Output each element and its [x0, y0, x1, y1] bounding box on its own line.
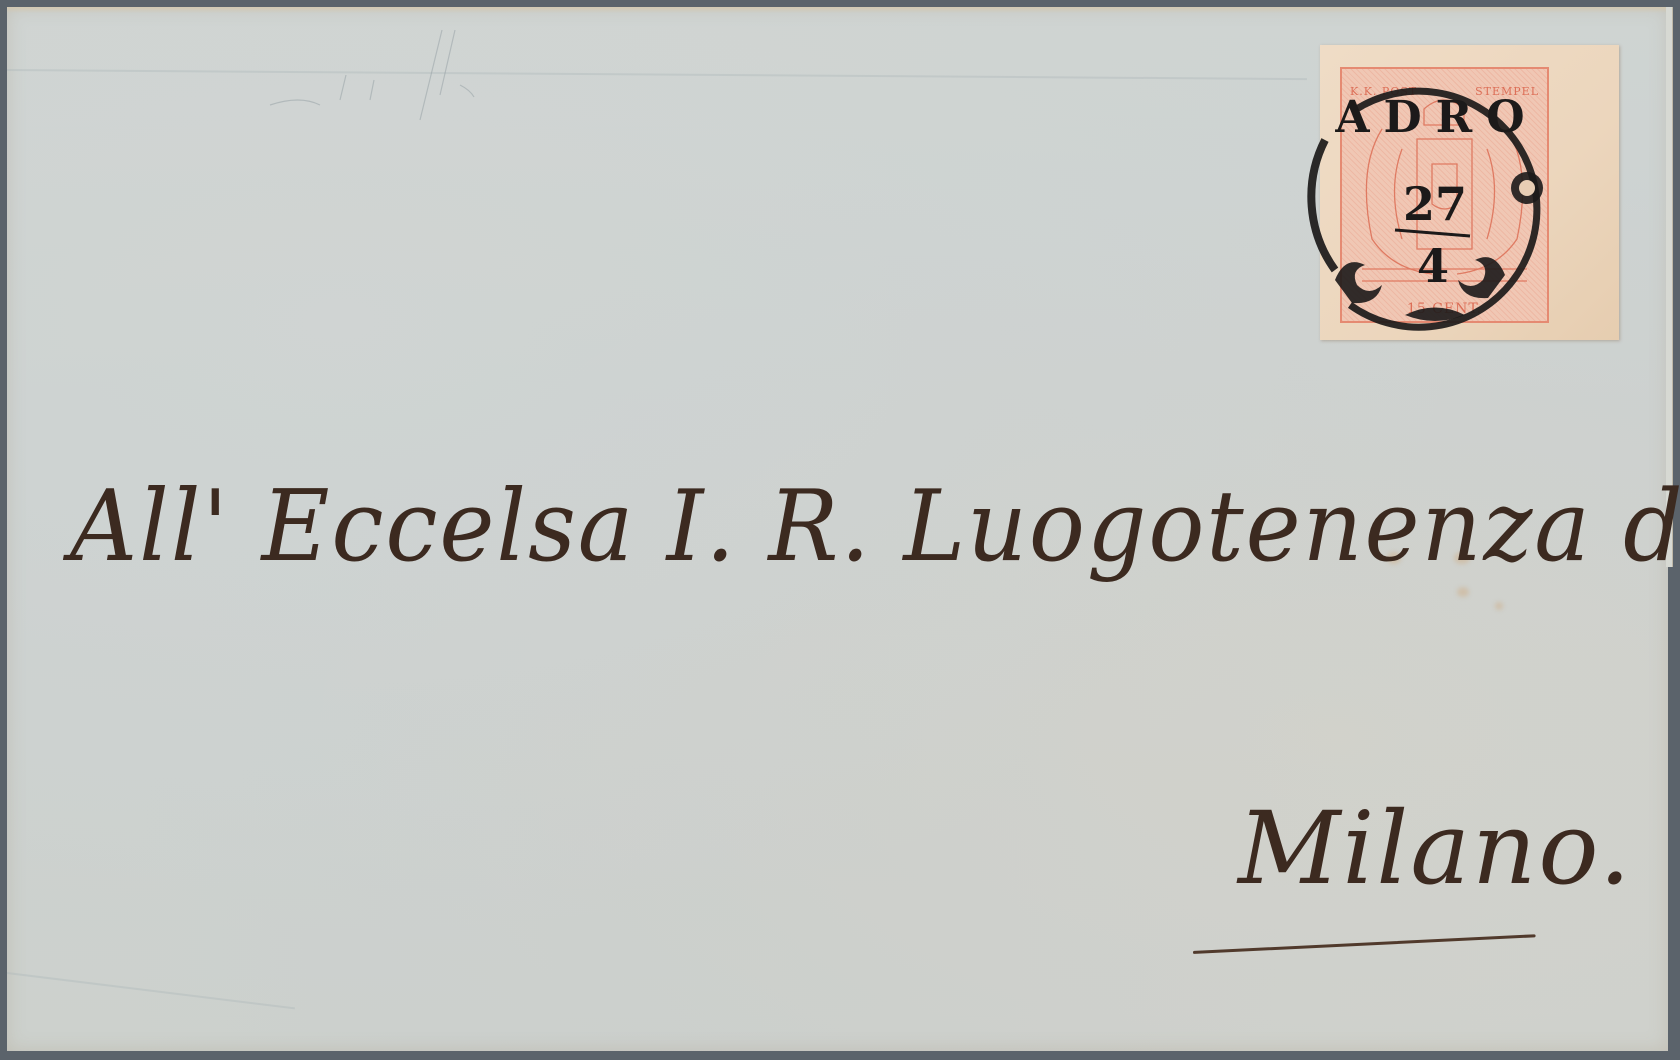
address-city: Milano.: [1238, 790, 1633, 907]
postmark-town: ADRO: [1334, 92, 1538, 143]
address-recipient: All' Eccelsa I. R. Luogotenenza di Lomba…: [70, 470, 1680, 584]
foxing-stain: [1495, 602, 1503, 610]
foxing-stain: [1457, 587, 1469, 597]
fold-crease: [7, 69, 1307, 80]
pencil-notation: [260, 25, 500, 135]
fold-crease: [7, 972, 295, 1009]
postmark-month: 4: [1417, 239, 1449, 293]
adro-postmark: ADRO 27 4: [1295, 70, 1580, 345]
postmark-day: 27: [1403, 177, 1467, 231]
